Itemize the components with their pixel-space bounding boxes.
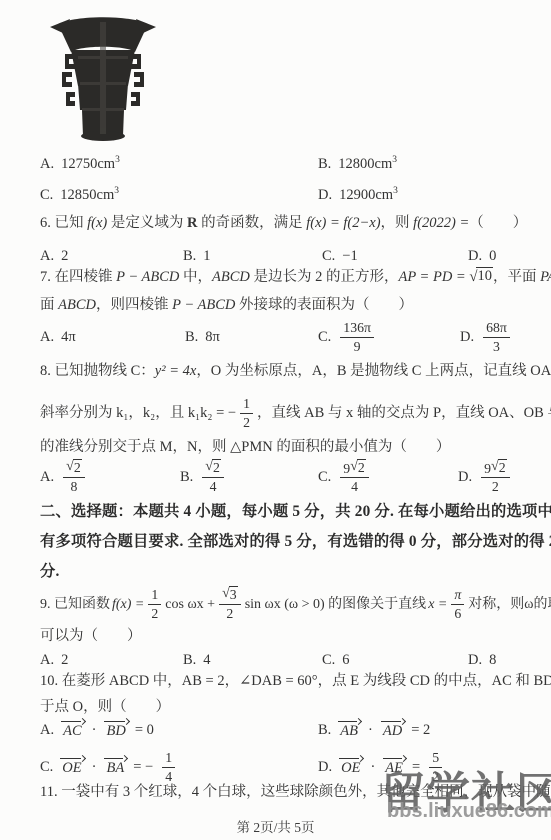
fraction: 2 4 xyxy=(202,459,224,494)
question-7-options: A.4π B.8π C. 136π9 D. 68π3 xyxy=(0,315,551,359)
fraction: 92 4 xyxy=(340,459,369,494)
option-value: 12800cm3 xyxy=(338,155,397,173)
option-b: B. 2 4 xyxy=(180,452,226,502)
question-5-options-row-2: C. 12850cm3 D. 12900cm3 xyxy=(0,183,551,207)
fraction: 136π9 xyxy=(340,320,374,354)
option-c: C. 136π9 xyxy=(318,315,376,359)
option-a: A.4π xyxy=(40,315,76,359)
option-d: D.8 xyxy=(468,649,496,671)
option-a: A. 12750cm3 xyxy=(40,152,120,176)
option-d: D. 12900cm3 xyxy=(318,183,398,207)
section-2-heading-line-2: 有多项符合题目要求. 全部选对的得 5 分，有选错的得 0 分，部分选对的得 2 xyxy=(40,531,551,552)
section-2-heading-line-1: 二、选择题：本题共 4 小题，每小题 5 分，共 20 分. 在每小题给出的选项… xyxy=(40,501,551,522)
watermark-url: bbs.liuxue86.com xyxy=(387,800,551,823)
vector: AB xyxy=(338,723,360,740)
option-b: B. AB·AD = 2 xyxy=(318,717,430,743)
question-10-stem-line-1: 10. 在菱形 ABCD 中，AB = 2，∠DAB = 60°，点 E 为线段… xyxy=(40,671,551,692)
question-9-stem-line-2: 可以为（ ） xyxy=(40,626,142,647)
option-a: A.2 xyxy=(40,649,68,671)
vector: OE xyxy=(339,760,362,777)
question-8-stem-line-2: 斜率分别为 k₁，k₂，且 k₁k₂ = − 12 ，直线 AB 与 x 轴的交… xyxy=(40,391,551,435)
question-5-options-row-1: A. 12750cm3 B. 12800cm3 xyxy=(0,152,551,176)
option-value: 12850cm3 xyxy=(60,186,119,204)
question-8-options: A. 2 8 B. 2 4 C. 92 4 D. 92 2 xyxy=(0,452,551,502)
fraction: 2 8 xyxy=(63,459,85,494)
vector: AC xyxy=(61,723,84,740)
question-7-stem-line-2: 面 ABCD，则四棱锥 P − ABCD 外接球的表面积为（ ） xyxy=(40,295,413,316)
vector: BD xyxy=(104,723,127,740)
question-7-stem-line-1: 7. 在四棱锥 P − ABCD 中，ABCD 是边长为 2 的正方形，AP =… xyxy=(40,267,551,288)
option-value: 12750cm3 xyxy=(61,155,120,173)
option-b: B.8π xyxy=(185,315,220,359)
option-label: C. xyxy=(40,187,53,204)
radical: 3 xyxy=(222,586,238,603)
fraction: 3 2 xyxy=(219,586,241,621)
question-10-options-row-1: A. AC·BD = 0 B. AB·AD = 2 xyxy=(0,717,551,743)
option-label: A. xyxy=(40,156,54,173)
option-a: A. 2 8 xyxy=(40,452,87,502)
vector: AD xyxy=(381,723,404,740)
option-c: C.6 xyxy=(322,649,350,671)
vector: BA xyxy=(104,760,126,777)
vector: OE xyxy=(60,760,83,777)
option-a: A.2 xyxy=(40,245,68,267)
option-d: D. 92 2 xyxy=(458,452,512,502)
fraction: 12 xyxy=(240,396,253,430)
question-10-stem-line-2: 于点 O，则（ ） xyxy=(40,697,170,718)
option-c: C.−1 xyxy=(322,245,358,267)
question-9-stem-line-1: 9. 已知函数 f(x) = 12 cos ωx + 3 2 sin ωx (ω… xyxy=(40,583,551,625)
fraction: 14 xyxy=(162,750,175,784)
option-b: B. 12800cm3 xyxy=(318,152,397,176)
option-label: B. xyxy=(318,156,331,173)
option-value: 12900cm3 xyxy=(339,186,398,204)
bronze-vessel-image xyxy=(38,10,168,148)
radical: 2 xyxy=(66,459,82,476)
option-b: B.4 xyxy=(183,649,211,671)
section-2-heading-line-3: 分. xyxy=(40,561,60,582)
fraction: π6 xyxy=(451,587,464,621)
option-c: C. 92 4 xyxy=(318,452,371,502)
question-9-options: A.2 B.4 C.6 D.8 xyxy=(0,649,551,671)
question-6-stem: 6. 已知 f(x) 是定义域为 R 的奇函数，满足 f(x) = f(2−x)… xyxy=(40,213,527,234)
question-8-stem-line-1: 8. 已知抛物线 C：y² = 4x，O 为坐标原点，A，B 是抛物线 C 上两… xyxy=(40,361,551,382)
exam-page: A. 12750cm3 B. 12800cm3 C. 12850cm3 D. 1… xyxy=(0,0,551,840)
option-d: D. 68π3 xyxy=(460,315,512,359)
option-d: D.0 xyxy=(468,245,496,267)
radical: 2 xyxy=(491,459,507,476)
fraction: 68π3 xyxy=(483,320,510,354)
radical: 10 xyxy=(469,267,493,288)
option-label: D. xyxy=(318,187,332,204)
fraction: 92 2 xyxy=(481,459,510,494)
radical: 2 xyxy=(350,459,366,476)
question-6-options: A.2 B.1 C.−1 D.0 xyxy=(0,245,551,267)
fraction: 12 xyxy=(148,587,161,621)
option-a: A. AC·BD = 0 xyxy=(40,717,154,743)
option-b: B.1 xyxy=(183,245,211,267)
radical: 2 xyxy=(205,459,221,476)
option-c: C. 12850cm3 xyxy=(40,183,119,207)
